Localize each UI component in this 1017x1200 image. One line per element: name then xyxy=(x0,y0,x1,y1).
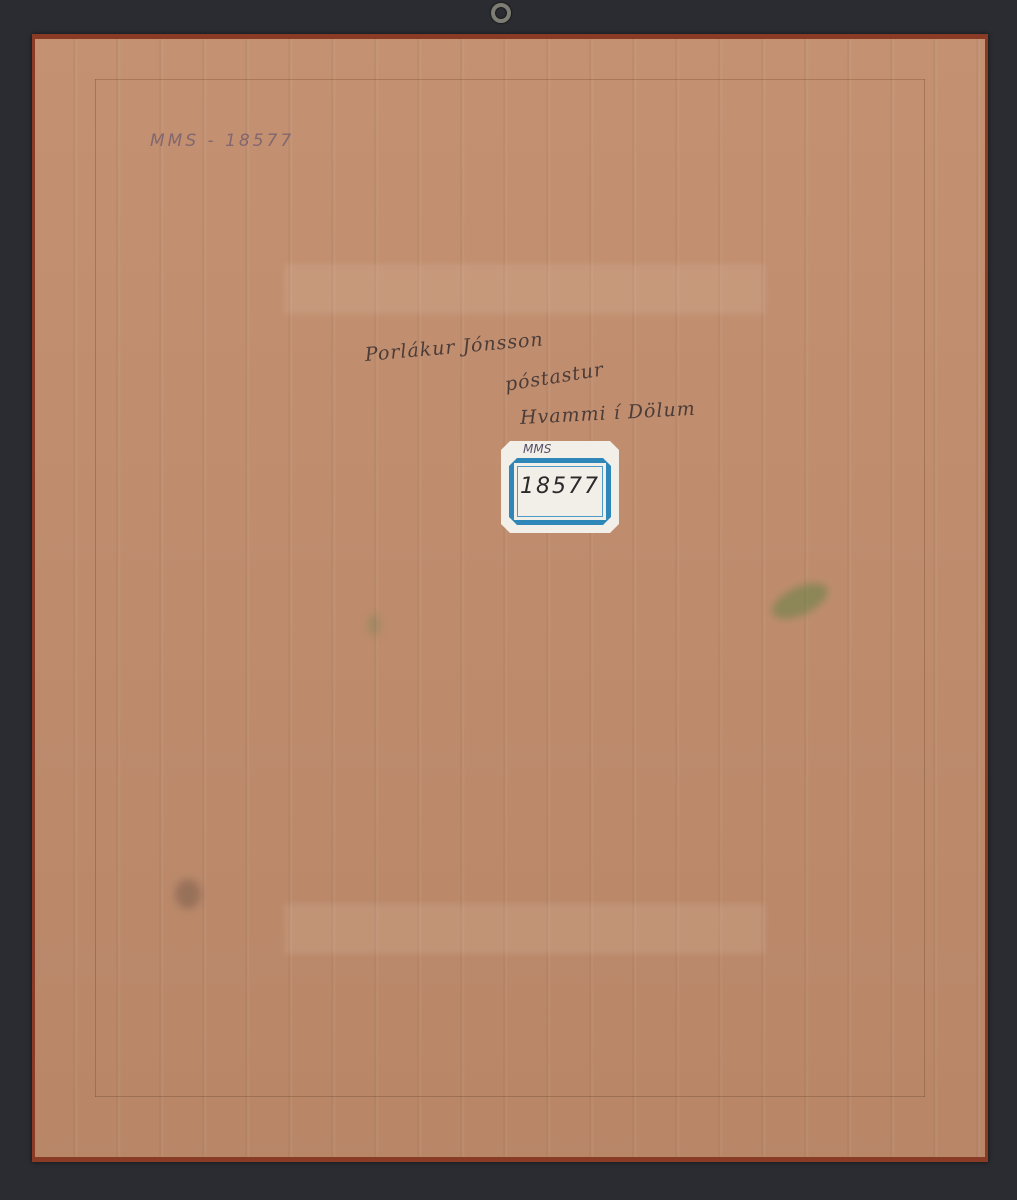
fold-line xyxy=(920,79,925,1097)
label-prefix: MMS xyxy=(523,442,551,456)
hanging-ring xyxy=(491,3,511,23)
fold-line xyxy=(95,79,100,1097)
light-band xyxy=(285,264,765,314)
dark-stain xyxy=(175,879,201,909)
inventory-label: MMS 18577 xyxy=(501,441,619,533)
handwriting-line-3: Hvammi í Dölum xyxy=(519,398,696,429)
green-stain xyxy=(767,576,833,627)
handwriting-line-2: póstastur xyxy=(503,358,605,395)
inventory-number-note: MMS - 18577 xyxy=(150,131,294,151)
fold-line xyxy=(95,79,925,86)
handwriting-line-1: Porlákur Jónsson xyxy=(364,328,545,366)
light-band xyxy=(285,904,765,954)
fold-line xyxy=(95,1092,925,1097)
green-stain xyxy=(368,614,380,636)
label-number: 18577 xyxy=(501,474,619,499)
picture-frame: MMS - 18577 Porlákur Jónsson póstastur H… xyxy=(32,34,988,1162)
paper-backing: MMS - 18577 Porlákur Jónsson póstastur H… xyxy=(35,39,985,1157)
